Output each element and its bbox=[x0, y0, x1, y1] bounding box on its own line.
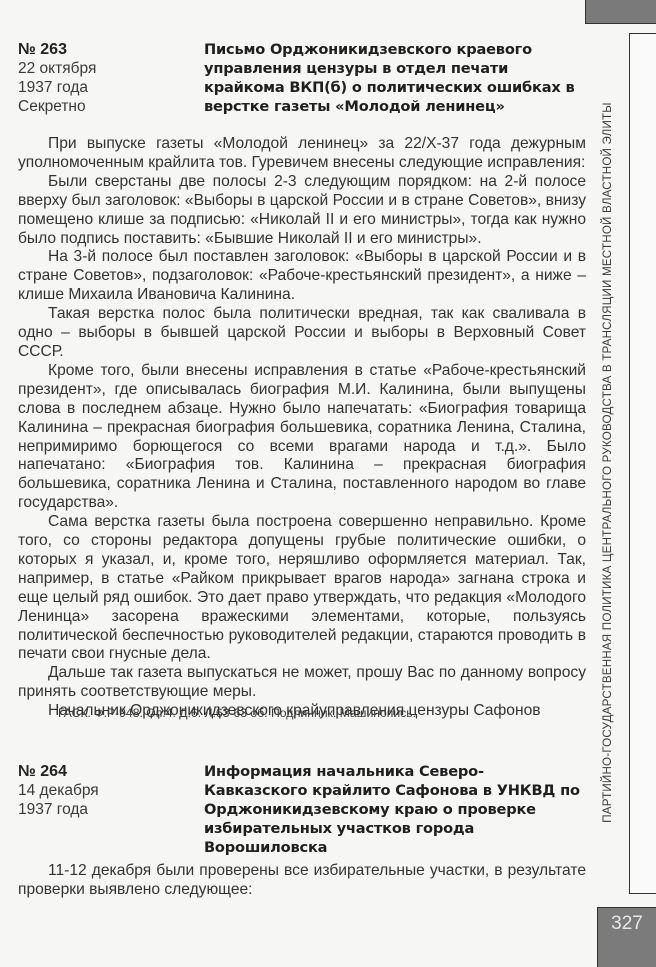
paragraph: Были сверстаны две полосы 2-3 следующим … bbox=[18, 173, 586, 249]
paragraph: При выпуске газеты «Молодой ленинец» за … bbox=[18, 135, 586, 173]
document-date-year: 1937 года bbox=[18, 800, 198, 819]
header-gray-bar bbox=[585, 0, 656, 24]
paragraph: Дальше так газета выпускаться не может, … bbox=[18, 664, 586, 702]
document-date-day: 14 декабря bbox=[18, 781, 198, 800]
document-title: Информация начальника Северо-Кавказского… bbox=[204, 762, 584, 857]
archive-source: ГАСК. Ф.Р-948. Оп.4. Д.6. Л.63-63 об. По… bbox=[58, 706, 578, 720]
document-263-body: При выпуске газеты «Молодой ленинец» за … bbox=[18, 135, 586, 721]
paragraph: 11-12 декабря были проверены все избират… bbox=[18, 862, 586, 900]
document-date-year: 1937 года bbox=[18, 78, 198, 97]
document-date-day: 22 октября bbox=[18, 59, 198, 78]
document-number: № 264 bbox=[18, 762, 198, 781]
running-title-text: ПАРТИЙНО-ГОСУДАРСТВЕННАЯ ПОЛИТИКА ЦЕНТРА… bbox=[601, 102, 614, 823]
page-number-box: 327 bbox=[597, 907, 656, 967]
running-title: ПАРТИЙНО-ГОСУДАРСТВЕННАЯ ПОЛИТИКА ЦЕНТРА… bbox=[597, 35, 617, 890]
margin-frame bbox=[629, 33, 656, 894]
document-meta: № 263 22 октября 1937 года Секретно bbox=[18, 40, 198, 116]
document-meta: № 264 14 декабря 1937 года bbox=[18, 762, 198, 819]
document-264-body: 11-12 декабря были проверены все избират… bbox=[18, 862, 586, 900]
paragraph: Кроме того, были внесены исправления в с… bbox=[18, 362, 586, 513]
paragraph: На 3-й полосе был поставлен заголовок: «… bbox=[18, 248, 586, 305]
paragraph: Сама верстка газеты была построена совер… bbox=[18, 513, 586, 664]
document-classification: Секретно bbox=[18, 97, 198, 116]
page-number: 327 bbox=[611, 913, 643, 935]
paragraph: Такая верстка полос была политически вре… bbox=[18, 305, 586, 362]
document-number: № 263 bbox=[18, 40, 198, 59]
document-title: Письмо Орджоникидзевского краевого управ… bbox=[204, 40, 584, 116]
